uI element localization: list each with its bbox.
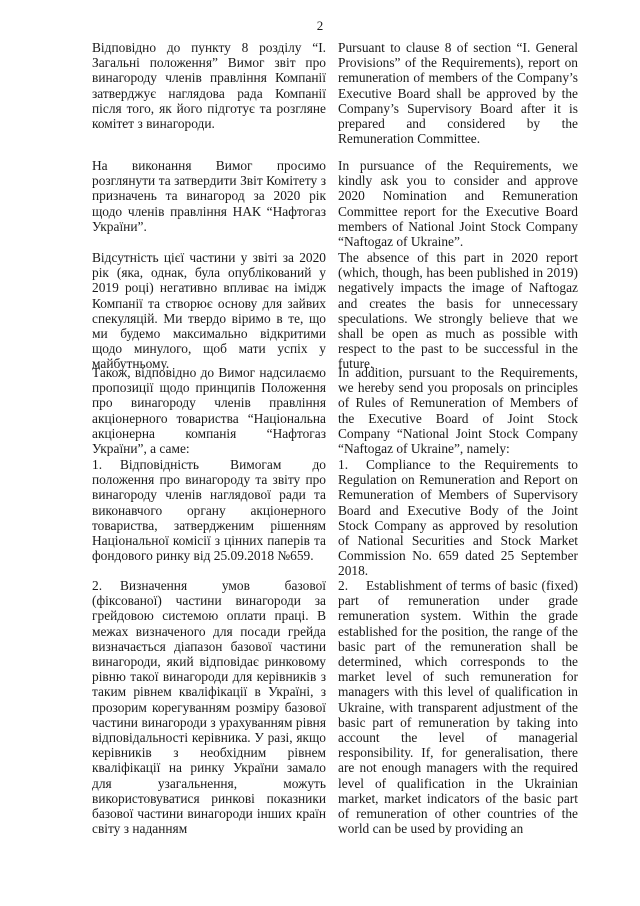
paragraph-text: In pursuance of the Requirements, we kin… xyxy=(338,158,578,249)
ukrainian-paragraph: На виконання Вимог просимо розглянути та… xyxy=(92,158,326,249)
item-number: 2. xyxy=(92,578,120,593)
item-number: 1. xyxy=(92,457,120,472)
item-row-2: 2.Визначення умов базової (фіксованої) ч… xyxy=(92,578,578,836)
english-paragraph: Pursuant to clause 8 of section “I. Gene… xyxy=(338,40,578,146)
item-number: 2. xyxy=(338,578,366,593)
item-number: 1. xyxy=(338,457,366,472)
item-row-1: 1.Відповідність Вимогам до положення про… xyxy=(92,457,578,579)
ukrainian-list-item: 1.Відповідність Вимогам до положення про… xyxy=(92,457,326,579)
english-list-item: 2.Establishment of terms of basic (fixed… xyxy=(338,578,578,836)
ukrainian-paragraph: Відсутність цієї частини у звіті за 2020… xyxy=(92,250,326,372)
section-row-4: Також, відповідно до Вимог надсилаємо пр… xyxy=(92,365,578,456)
english-list-item: 1.Compliance to the Requirements to Regu… xyxy=(338,457,578,579)
paragraph-text: The absence of this part in 2020 report … xyxy=(338,250,578,372)
section-row-3: Відсутність цієї частини у звіті за 2020… xyxy=(92,250,578,372)
paragraph-text: Відповідно до пункту 8 розділу “І. Загал… xyxy=(92,40,326,131)
item-text: Визначення умов базової (фіксованої) час… xyxy=(92,578,326,836)
item-text: Establishment of terms of basic (fixed) … xyxy=(338,578,578,836)
item-text: Відповідність Вимогам до положення про в… xyxy=(92,457,326,563)
paragraph-text: In addition, pursuant to the Requirement… xyxy=(338,365,578,456)
section-row-1: Відповідно до пункту 8 розділу “І. Загал… xyxy=(92,40,578,146)
paragraph-text: Відсутність цієї частини у звіті за 2020… xyxy=(92,250,326,372)
item-text: Compliance to the Requirements to Regula… xyxy=(338,457,578,578)
page-number: 2 xyxy=(0,18,640,34)
ukrainian-list-item: 2.Визначення умов базової (фіксованої) ч… xyxy=(92,578,326,836)
ukrainian-paragraph: Також, відповідно до Вимог надсилаємо пр… xyxy=(92,365,326,456)
ukrainian-paragraph: Відповідно до пункту 8 розділу “І. Загал… xyxy=(92,40,326,146)
paragraph-text: Також, відповідно до Вимог надсилаємо пр… xyxy=(92,365,326,456)
english-paragraph: In addition, pursuant to the Requirement… xyxy=(338,365,578,456)
english-paragraph: The absence of this part in 2020 report … xyxy=(338,250,578,372)
paragraph-text: На виконання Вимог просимо розглянути та… xyxy=(92,158,326,234)
section-row-2: На виконання Вимог просимо розглянути та… xyxy=(92,158,578,249)
paragraph-text: Pursuant to clause 8 of section “I. Gene… xyxy=(338,40,578,146)
english-paragraph: In pursuance of the Requirements, we kin… xyxy=(338,158,578,249)
